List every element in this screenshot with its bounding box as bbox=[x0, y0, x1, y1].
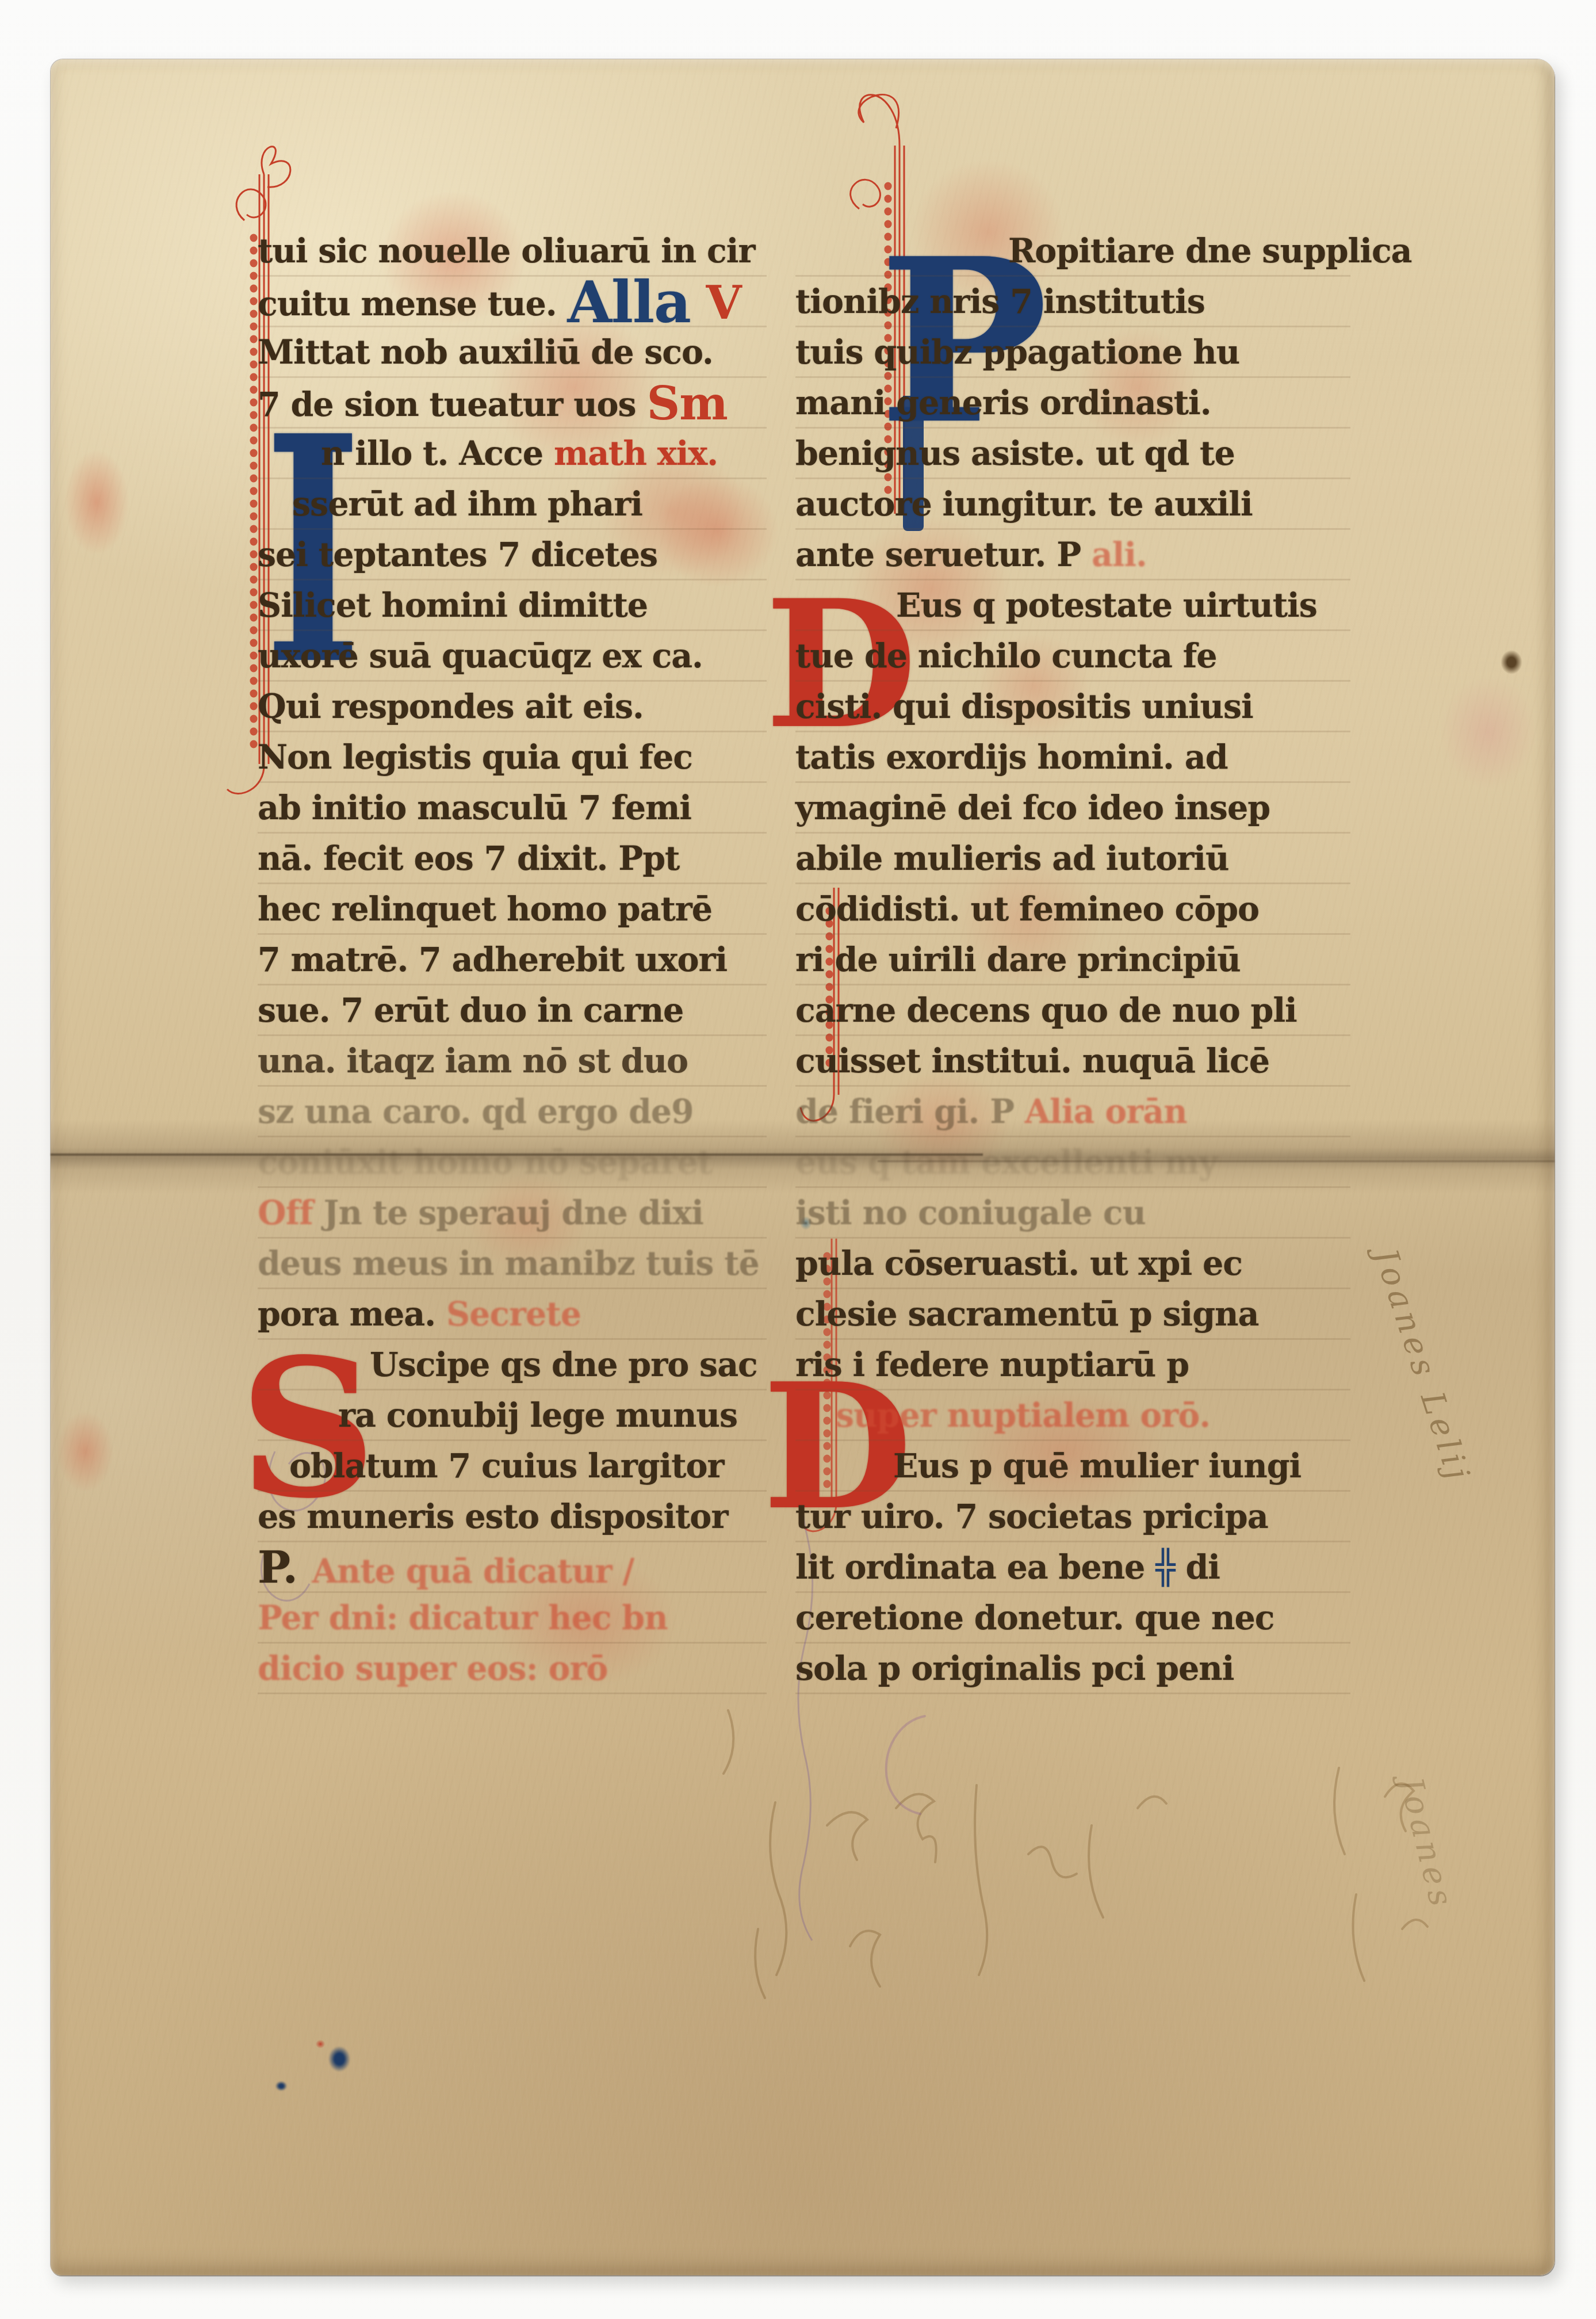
right-text-column: Ropitiare dne supplicationibz nris 7 ins… bbox=[795, 226, 1350, 1694]
text-run: oblatum 7 cuius largitor bbox=[289, 1447, 724, 1485]
text-run: ymaginē dei fco ideo insep bbox=[795, 789, 1270, 827]
manuscript-scan-page: { "colors":{"ink":"#3c2c18","rubric_red"… bbox=[0, 0, 1596, 2319]
manuscript-line: ymaginē dei fco ideo insep bbox=[795, 783, 1350, 834]
text-run: Alla bbox=[567, 268, 690, 336]
manuscript-line: ab initio masculū 7 femi bbox=[258, 783, 767, 834]
text-run: mani generis ordinasti. bbox=[795, 384, 1211, 422]
manuscript-line: hec relinquet homo patrē bbox=[258, 884, 767, 935]
text-run: Eus q potestate uirtutis bbox=[896, 586, 1317, 625]
left-text-column: tui sic nouelle oliuarū in circuitu mens… bbox=[258, 226, 767, 1694]
text-run: Qui respondes ait eis. bbox=[258, 687, 644, 726]
manuscript-line: 7 matrē. 7 adherebit uxori bbox=[258, 935, 767, 985]
text-run: P. bbox=[258, 1542, 312, 1593]
manuscript-line: isti no coniugale cu bbox=[795, 1188, 1350, 1239]
text-run: lit ordinata ea bene bbox=[795, 1548, 1155, 1587]
manuscript-line: pora mea. Secrete bbox=[258, 1289, 767, 1340]
manuscript-line: ra conubij lege munus bbox=[258, 1390, 767, 1441]
manuscript-line: Eus p quē mulier iungi bbox=[795, 1441, 1350, 1492]
manuscript-line: sz una caro. qd ergo de9 bbox=[258, 1087, 767, 1137]
manuscript-line: benignus asiste. ut qd te bbox=[795, 429, 1350, 479]
manuscript-line: tuis quibz ppagatione hu bbox=[795, 327, 1350, 378]
manuscript-line: tur uiro. 7 societas pricipa bbox=[795, 1492, 1350, 1542]
manuscript-line: Mittat nob auxiliū de sco. bbox=[258, 327, 767, 378]
text-run: di bbox=[1175, 1548, 1220, 1587]
manuscript-line: deus meus in manibz tuis tē bbox=[258, 1239, 767, 1289]
manuscript-line: sue. 7 erūt duo in carne bbox=[258, 985, 767, 1036]
text-run: ris i federe nuptiarū p bbox=[795, 1346, 1189, 1384]
text-run: sserūt ad ihm phari bbox=[292, 485, 642, 524]
text-run: sola p originalis pci peni bbox=[795, 1649, 1234, 1688]
text-run: ceretione donetur. que nec bbox=[795, 1599, 1274, 1637]
manuscript-line: tatis exordijs homini. ad bbox=[795, 732, 1350, 783]
manuscript-line: P. Ante quā dicatur / bbox=[258, 1542, 767, 1593]
manuscript-line: Ropitiare dne supplica bbox=[795, 226, 1350, 277]
manuscript-line: dicio super eos: orō bbox=[258, 1644, 767, 1694]
manuscript-line: carne decens quo de nuo pli bbox=[795, 985, 1350, 1036]
text-run: Jn te sperauj dne dixi bbox=[324, 1194, 703, 1232]
manuscript-line: Per dni: dicatur hec bn bbox=[258, 1593, 767, 1644]
text-run: tui sic nouelle oliuarū in cir bbox=[258, 232, 755, 270]
text-run: nā. fecit eos 7 dixit. Ppt bbox=[258, 839, 679, 878]
text-run: Off bbox=[258, 1194, 324, 1232]
text-run: deus meus in manibz tuis tē bbox=[258, 1244, 759, 1283]
manuscript-line: de fieri gi. P Alia orān bbox=[795, 1087, 1350, 1137]
manuscript-line: Eus q potestate uirtutis bbox=[795, 580, 1350, 631]
manuscript-line: cuitu mense tue. Alla V bbox=[258, 277, 767, 327]
manuscript-line: clesie sacramentū p signa bbox=[795, 1289, 1350, 1340]
text-run: Secrete bbox=[446, 1295, 581, 1334]
text-run: eus q tam excellenti my bbox=[795, 1143, 1217, 1182]
text-run: sei teptantes 7 dicetes bbox=[258, 536, 657, 574]
manuscript-line: auctore iungitur. te auxili bbox=[795, 479, 1350, 530]
faded-scribbles bbox=[655, 1739, 1172, 2050]
text-run: cuisset institui. nuquā licē bbox=[795, 1042, 1269, 1080]
text-run: sue. 7 erūt duo in carne bbox=[258, 991, 683, 1030]
text-run: ali. bbox=[1092, 536, 1147, 574]
manuscript-line: tue de nichilo cuncta fe bbox=[795, 631, 1350, 682]
text-run: cuitu mense tue. bbox=[258, 285, 567, 323]
text-run: Per dni: dicatur hec bn bbox=[258, 1599, 668, 1637]
text-run: Uscipe qs dne pro sac bbox=[370, 1346, 757, 1384]
text-run: Non legistis quia qui fec bbox=[258, 738, 692, 777]
text-run: V bbox=[691, 276, 741, 330]
text-run: Alia orān bbox=[1025, 1092, 1187, 1131]
manuscript-line: ceretione donetur. que nec bbox=[795, 1593, 1350, 1644]
text-run: pora mea. bbox=[258, 1295, 446, 1334]
manuscript-line: n illo t. Acce math xix. bbox=[258, 429, 767, 479]
manuscript-line: mani generis ordinasti. bbox=[795, 378, 1350, 429]
text-run: es muneris esto dispositor bbox=[258, 1497, 728, 1536]
text-run: isti no coniugale cu bbox=[795, 1194, 1146, 1232]
manuscript-line: eus q tam excellenti my bbox=[795, 1137, 1350, 1188]
text-run: Ropitiare dne supplica bbox=[1008, 232, 1412, 270]
text-run: hec relinquet homo patrē bbox=[258, 890, 712, 929]
manuscript-line: cōdidisti. ut femineo cōpo bbox=[795, 884, 1350, 935]
text-run: Ante quā dicatur / bbox=[312, 1552, 634, 1591]
text-run: cōdidisti. ut femineo cōpo bbox=[795, 890, 1259, 929]
manuscript-line: nā. fecit eos 7 dixit. Ppt bbox=[258, 834, 767, 884]
text-run: Eus p quē mulier iungi bbox=[893, 1447, 1301, 1485]
manuscript-line: ante seruetur. P ali. bbox=[795, 530, 1350, 580]
manuscript-line: lit ordinata ea bene ╬ di bbox=[795, 1542, 1350, 1593]
manuscript-line: sserūt ad ihm phari bbox=[258, 479, 767, 530]
manuscript-line: ri de uirili dare principiū bbox=[795, 935, 1350, 985]
text-run: ri de uirili dare principiū bbox=[795, 941, 1241, 979]
text-run: ╬ bbox=[1155, 1548, 1174, 1587]
text-run: 7 de sion tueatur uos bbox=[258, 385, 647, 424]
text-run: tionibz nris 7 institutis bbox=[795, 282, 1205, 321]
manuscript-line: super nuptialem orō. bbox=[795, 1390, 1350, 1441]
manuscript-line: sei teptantes 7 dicetes bbox=[258, 530, 767, 580]
text-run: carne decens quo de nuo pli bbox=[795, 991, 1297, 1030]
text-run: una. itaqz iam nō st duo bbox=[258, 1042, 688, 1080]
manuscript-line: es muneris esto dispositor bbox=[258, 1492, 767, 1542]
manuscript-line: tionibz nris 7 institutis bbox=[795, 277, 1350, 327]
text-run: coniūxit homo nō separet bbox=[258, 1143, 712, 1182]
text-run: auctore iungitur. te auxili bbox=[795, 485, 1253, 524]
manuscript-leaf: P I D S D tui sic nouelle oliuarū in cir… bbox=[51, 59, 1555, 2275]
manuscript-line: coniūxit homo nō separet bbox=[258, 1137, 767, 1188]
text-run: Mittat nob auxiliū de sco. bbox=[258, 333, 713, 372]
manuscript-line: uxorē suā quacūqz ex ca. bbox=[258, 631, 767, 682]
manuscript-line: una. itaqz iam nō st duo bbox=[258, 1036, 767, 1087]
text-run: Silicet homini dimitte bbox=[258, 586, 648, 625]
manuscript-line: pula cōseruasti. ut xpi ec bbox=[795, 1239, 1350, 1289]
text-run: abile mulieris ad iutoriū bbox=[795, 839, 1228, 878]
manuscript-line: oblatum 7 cuius largitor bbox=[258, 1441, 767, 1492]
text-run: tuis quibz ppagatione hu bbox=[795, 333, 1239, 372]
manuscript-line: 7 de sion tueatur uos Sm bbox=[258, 378, 767, 429]
text-run: math xix. bbox=[554, 434, 718, 473]
manuscript-line: Uscipe qs dne pro sac bbox=[258, 1340, 767, 1390]
text-run: ab initio masculū 7 femi bbox=[258, 789, 691, 827]
manuscript-line: sola p originalis pci peni bbox=[795, 1644, 1350, 1694]
text-run: ante seruetur. P bbox=[795, 536, 1092, 574]
text-run: clesie sacramentū p signa bbox=[795, 1295, 1258, 1334]
text-run: cisti. qui dispositis uniusi bbox=[795, 687, 1253, 726]
manuscript-line: Qui respondes ait eis. bbox=[258, 682, 767, 732]
text-run: ra conubij lege munus bbox=[338, 1396, 737, 1435]
text-run: n illo t. Acce bbox=[321, 434, 554, 473]
text-run: tatis exordijs homini. ad bbox=[795, 738, 1228, 777]
text-run: benignus asiste. ut qd te bbox=[795, 434, 1235, 473]
text-run: Sm bbox=[647, 376, 728, 430]
text-run: pula cōseruasti. ut xpi ec bbox=[795, 1244, 1242, 1283]
text-run: de fieri gi. P bbox=[795, 1092, 1025, 1131]
text-run: super nuptialem orō. bbox=[836, 1396, 1210, 1435]
text-run: sz una caro. qd ergo de9 bbox=[258, 1092, 694, 1131]
manuscript-line: Non legistis quia qui fec bbox=[258, 732, 767, 783]
manuscript-line: cuisset institui. nuquā licē bbox=[795, 1036, 1350, 1087]
text-run: tue de nichilo cuncta fe bbox=[795, 637, 1216, 675]
manuscript-line: ris i federe nuptiarū p bbox=[795, 1340, 1350, 1390]
text-run: tur uiro. 7 societas pricipa bbox=[795, 1497, 1268, 1536]
manuscript-line: Silicet homini dimitte bbox=[258, 580, 767, 631]
manuscript-line: cisti. qui dispositis uniusi bbox=[795, 682, 1350, 732]
text-run: dicio super eos: orō bbox=[258, 1649, 608, 1688]
text-run: uxorē suā quacūqz ex ca. bbox=[258, 637, 703, 675]
manuscript-line: Off Jn te sperauj dne dixi bbox=[258, 1188, 767, 1239]
text-run: 7 matrē. 7 adherebit uxori bbox=[258, 941, 727, 979]
manuscript-line: abile mulieris ad iutoriū bbox=[795, 834, 1350, 884]
